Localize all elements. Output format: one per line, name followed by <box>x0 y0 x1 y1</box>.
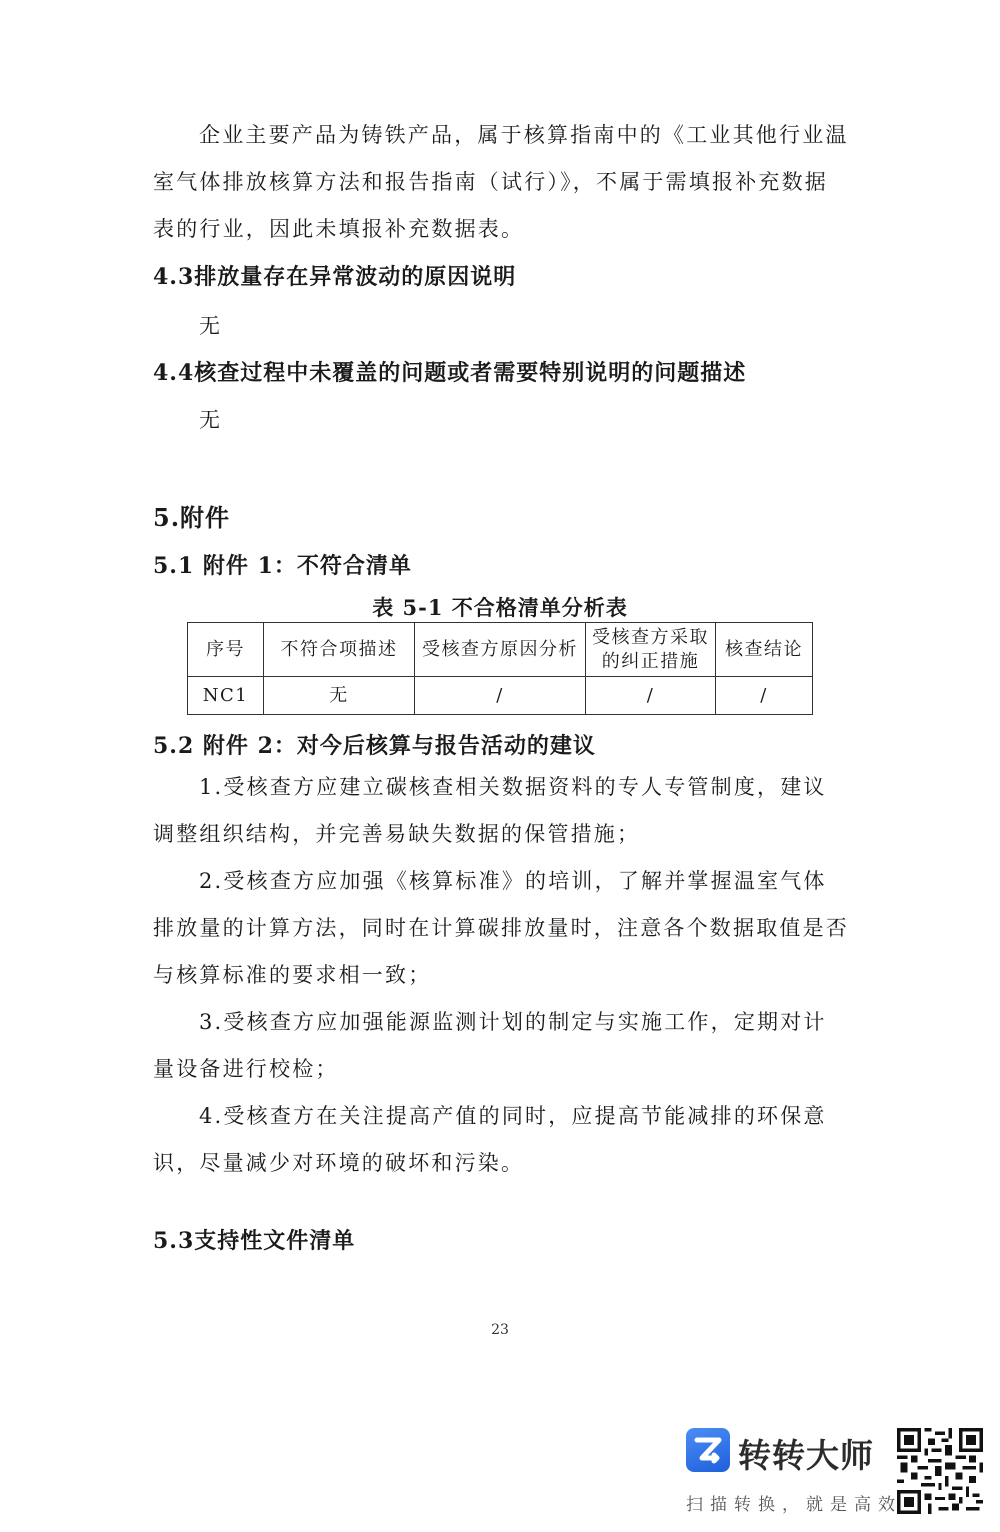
suggestion-item-4: 4.受核查方在关注提高产值的同时，应提高节能减排的环保意 识，尽量减少对环境的破… <box>153 1093 853 1187</box>
header-cell-cause-analysis: 受核查方原因分析 <box>415 623 586 677</box>
table-header-row: 序号 不符合项描述 受核查方原因分析 受核查方采取 的纠正措施 核查结论 <box>188 623 813 677</box>
brand-logo-icon <box>686 1428 730 1472</box>
cell-description: 无 <box>264 677 415 715</box>
text-line: 1.受核查方应建立碳核查相关数据资料的专人专管制度，建议 <box>199 775 827 799</box>
text-line: 4.受核查方在关注提高产值的同时，应提高节能减排的环保意 <box>199 1104 827 1128</box>
intro-paragraph: 企业主要产品为铸铁产品，属于核算指南中的《工业其他行业温 室气体排放核算方法和报… <box>153 112 853 253</box>
brand-slogan: 扫描转换，就是高效 <box>686 1490 902 1515</box>
suggestion-item-3: 3.受核查方应加强能源监测计划的制定与实施工作，定期对计 量设备进行校检； <box>153 999 853 1093</box>
section-body-4-4: 无 <box>199 404 222 434</box>
text-line: 室气体排放核算方法和报告指南（试行）》，不属于需填报补充数据 <box>153 159 853 206</box>
header-cell-description: 不符合项描述 <box>264 623 415 677</box>
brand-name: 转转大师 <box>738 1430 874 1477</box>
section-heading-5-1: 5.1 附件 1：不符合清单 <box>153 549 412 580</box>
qr-code-icon <box>897 1428 983 1514</box>
text-line: 量设备进行校检； <box>153 1046 853 1093</box>
section-heading-5-3: 5.3支持性文件清单 <box>153 1224 355 1255</box>
text-line: 调整组织结构，并完善易缺失数据的保管措施； <box>153 811 853 858</box>
text-line: 排放量的计算方法，同时在计算碳排放量时，注意各个数据取值是否 <box>153 905 853 952</box>
table-caption: 表 5-1 不合格清单分析表 <box>0 592 1000 622</box>
page-number: 23 <box>0 1322 1000 1338</box>
table-row: NC1 无 / / / <box>188 677 813 715</box>
cell-corrective-action: / <box>586 677 716 715</box>
suggestion-list: 1.受核查方应建立碳核查相关数据资料的专人专管制度，建议 调整组织结构，并完善易… <box>153 764 853 1187</box>
suggestion-item-1: 1.受核查方应建立碳核查相关数据资料的专人专管制度，建议 调整组织结构，并完善易… <box>153 764 853 858</box>
section-heading-4-3: 4.3排放量存在异常波动的原因说明 <box>153 260 516 291</box>
cell-conclusion: / <box>716 677 813 715</box>
header-cell-corrective-action: 受核查方采取 的纠正措施 <box>586 623 716 677</box>
header-cell-conclusion: 核查结论 <box>716 623 813 677</box>
text-line: 2.受核查方应加强《核算标准》的培训，了解并掌握温室气体 <box>199 869 827 893</box>
cell-cause-analysis: / <box>415 677 586 715</box>
text-line: 3.受核查方应加强能源监测计划的制定与实施工作，定期对计 <box>199 1010 827 1034</box>
section-heading-5: 5.附件 <box>153 498 230 533</box>
section-body-4-3: 无 <box>199 310 222 340</box>
suggestion-item-2: 2.受核查方应加强《核算标准》的培训，了解并掌握温室气体 排放量的计算方法，同时… <box>153 858 853 999</box>
text-line: 企业主要产品为铸铁产品，属于核算指南中的《工业其他行业温 <box>199 123 849 147</box>
nonconformity-table: 序号 不符合项描述 受核查方原因分析 受核查方采取 的纠正措施 核查结论 NC1… <box>187 622 813 715</box>
section-heading-5-2: 5.2 附件 2：对今后核算与报告活动的建议 <box>153 729 596 760</box>
header-line: 受核查方采取 <box>586 626 715 650</box>
text-line: 与核算标准的要求相一致； <box>153 952 853 999</box>
text-line: 表的行业，因此未填报补充数据表。 <box>153 206 853 253</box>
header-line: 的纠正措施 <box>586 650 715 674</box>
text-line: 识，尽量减少对环境的破坏和污染。 <box>153 1140 853 1187</box>
header-cell-no: 序号 <box>188 623 264 677</box>
cell-no: NC1 <box>188 677 264 715</box>
section-heading-4-4: 4.4核查过程中未覆盖的问题或者需要特别说明的问题描述 <box>153 356 746 387</box>
